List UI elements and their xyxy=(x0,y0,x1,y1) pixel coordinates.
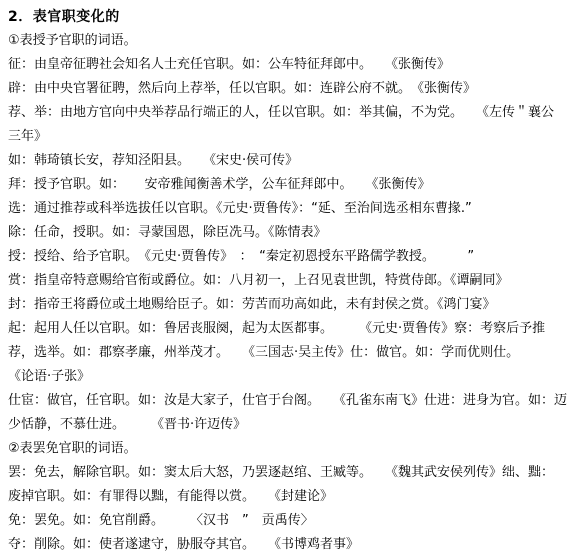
document-page: 2．表官职变化的 ①表授予官职的词语。 征：由皇帝征聘社会知名人士充任官职。如：… xyxy=(0,0,582,559)
text-line: 除：任命，授职。如：寻蒙国恩，除臣冼马。《陈情表》 xyxy=(8,221,580,245)
text-line: 征：由皇帝征聘社会知名人士充任官职。如：公车特征拜郎中。 《张衡传》 xyxy=(8,53,580,77)
text-line: 授：授给、给予官职。 《元史·贾鲁传》 ： “秦定初恩授东平路儒学教授。 ” xyxy=(8,245,580,269)
text-line: 废掉官职。如：有罪得以黜，有能得以赏。 《封建论》 xyxy=(8,485,580,509)
text-line: ①表授予官职的词语。 xyxy=(8,29,580,53)
section-heading: 2．表官职变化的 xyxy=(8,5,580,29)
text-line: 封：指帝王将爵位或土地赐给臣子。如：劳苦而功高如此，未有封侯之赏。《鸿门宴》 xyxy=(8,293,580,317)
text-line: 夺：削除。如：使者遂逮守，胁服夺其官。 《书博鸡者事》 xyxy=(8,533,580,557)
text-line: 起：起用人任以官职。如：鲁居丧服阕，起为太医都事。 《元史·贾鲁传》察：考察后予… xyxy=(8,317,580,341)
text-line: 辟：由中央官署征聘，然后向上荐举，任以官职。如：连辟公府不就。 《张衡传》 xyxy=(8,77,580,101)
text-line: 赏：指皇帝特意赐给官衔或爵位。如：八月初一，上召见袁世凯，特赏侍郎。《谭嗣同》 xyxy=(8,269,580,293)
text-line: 免：罢免。如：免官削爵。 〈汉书 ” 贡禹传〉 xyxy=(8,509,580,533)
text-line: 荐，选举。如：郡察孝廉，州举茂才。 《三国志·吴主传》仕：做官。如：学而优则仕。 xyxy=(8,341,580,365)
text-line: 如：韩琦镇长安，荐知泾阳县。 《宋史·侯可传》 xyxy=(8,149,580,173)
text-line: ②表罢免官职的词语。 xyxy=(8,437,580,461)
text-line: 《论语·子张》 xyxy=(8,365,580,389)
text-line: 拜：授予官职。如： 安帝雅闻衡善术学，公车征拜郎中。 《张衡传》 xyxy=(8,173,580,197)
text-line: 少恬静，不慕仕进。 《晋书·许迈传》 xyxy=(8,413,580,437)
text-line: 选：通过推荐或科举选拔任以官职。《元史·贾鲁传》：“延、至治间选丞相东曹掾.” xyxy=(8,197,580,221)
text-line: 仕宦：做官，任官职。如：汝是大家子，仕官于台阁。 《孔雀东南飞》仕进：进身为官。… xyxy=(8,389,580,413)
text-line: 三年》 xyxy=(8,125,580,149)
text-line: 荐、举：由地方官向中央举荐品行端正的人，任以官职。如：举其偏，不为党。 《左传＂… xyxy=(8,101,580,125)
text-line: 罢：免去，解除官职。如：窦太后大怒，乃罢逐赵绾、王臧等。 《魏其武安侯列传》绌、… xyxy=(8,461,580,485)
